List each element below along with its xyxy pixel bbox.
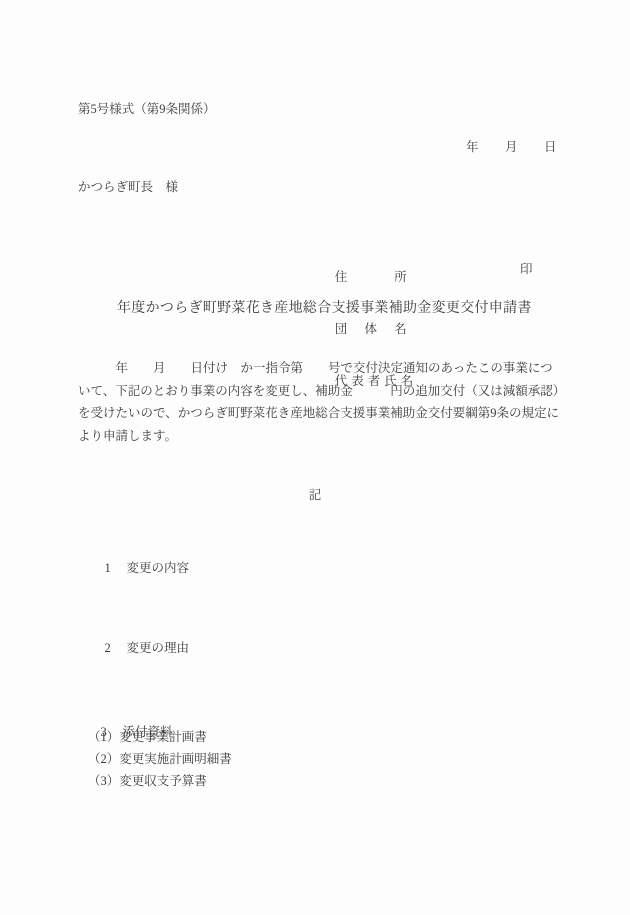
organization-name-label: 団 体 名: [335, 321, 407, 337]
address-label: 住 所: [335, 269, 407, 285]
attachment-item-2: （2）変更実施計画明細書: [88, 751, 232, 767]
list-item-1: 1変更の内容: [92, 544, 189, 592]
item-1-label: 変更の内容: [127, 561, 190, 575]
body-paragraph: 年 月 日付け か一指令第 号で交付決定通知のあったこの事業につ いて、下記のと…: [78, 357, 578, 447]
seal-mark: 印: [520, 261, 533, 277]
item-2-label: 変更の理由: [127, 641, 190, 655]
record-marker: 記: [0, 487, 630, 503]
date-line: 年 月 日: [466, 139, 557, 155]
item-2-number: 2: [105, 640, 127, 656]
document-title: 年度かつらぎ町野菜花き産地総合支援事業補助金変更交付申請書: [117, 301, 532, 317]
list-item-2: 2変更の理由: [92, 624, 189, 672]
attachment-item-1: （1）変更事業計画書: [88, 729, 207, 745]
document-page: 第5号様式（第9条関係） 年 月 日 かつらぎ町長 様 住 所 団 体 名 代表…: [0, 0, 630, 915]
item-1-number: 1: [105, 560, 127, 576]
address-row: 住 所: [316, 253, 417, 273]
form-number: 第5号様式（第9条関係）: [78, 101, 216, 117]
attachment-item-3: （3）変更収支予算書: [88, 773, 207, 789]
addressee: かつらぎ町長 様: [78, 179, 178, 195]
